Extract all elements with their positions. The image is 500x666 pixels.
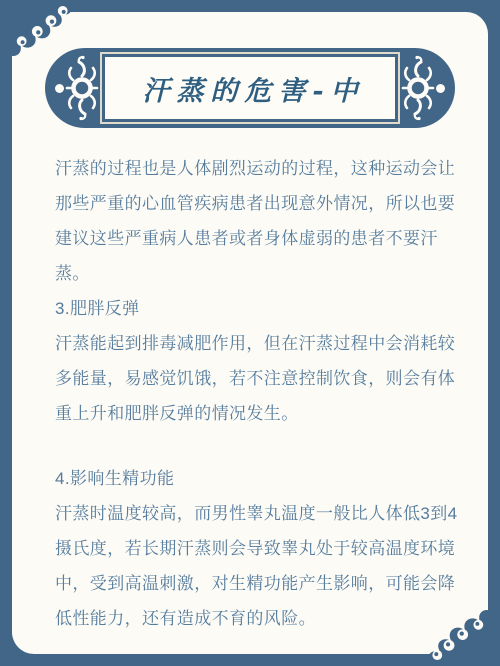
circle-dot-icon bbox=[55, 84, 64, 93]
sun-flame-icon bbox=[401, 55, 435, 121]
sun-flame-icon bbox=[65, 55, 99, 121]
section-heading-fat-rebound: 3.肥胖反弹 bbox=[55, 291, 460, 326]
circle-dot-icon bbox=[436, 84, 445, 93]
paragraph-sperm-function: 汗蒸时温度较高，而男性睾丸温度一般比人体低3到4 摄氏度，若长期汗蒸则会导致睾丸… bbox=[55, 496, 460, 636]
paragraph-fat-rebound: 汗蒸能起到排毒减肥作用，但在汗蒸过程中会消耗较 多能量，易感觉饥饿，若不注意控制… bbox=[55, 326, 460, 431]
title-banner: 汗蒸的危害-中 bbox=[45, 48, 455, 128]
section-heading-sperm-function: 4.影响生精功能 bbox=[55, 461, 460, 496]
intro-paragraph: 汗蒸的过程也是人体剧烈运动的过程，这种运动会让 那些严重的心血管疾病患者出现意外… bbox=[55, 151, 460, 291]
poster-page: { "header": { "title": "汗蒸的危害-中" }, "sec… bbox=[0, 0, 500, 666]
title-plaque: 汗蒸的危害-中 bbox=[102, 54, 398, 122]
article-body: 汗蒸的过程也是人体剧烈运动的过程，这种运动会让 那些严重的心血管疾病患者出现意外… bbox=[55, 151, 460, 636]
page-title: 汗蒸的危害-中 bbox=[135, 69, 364, 108]
